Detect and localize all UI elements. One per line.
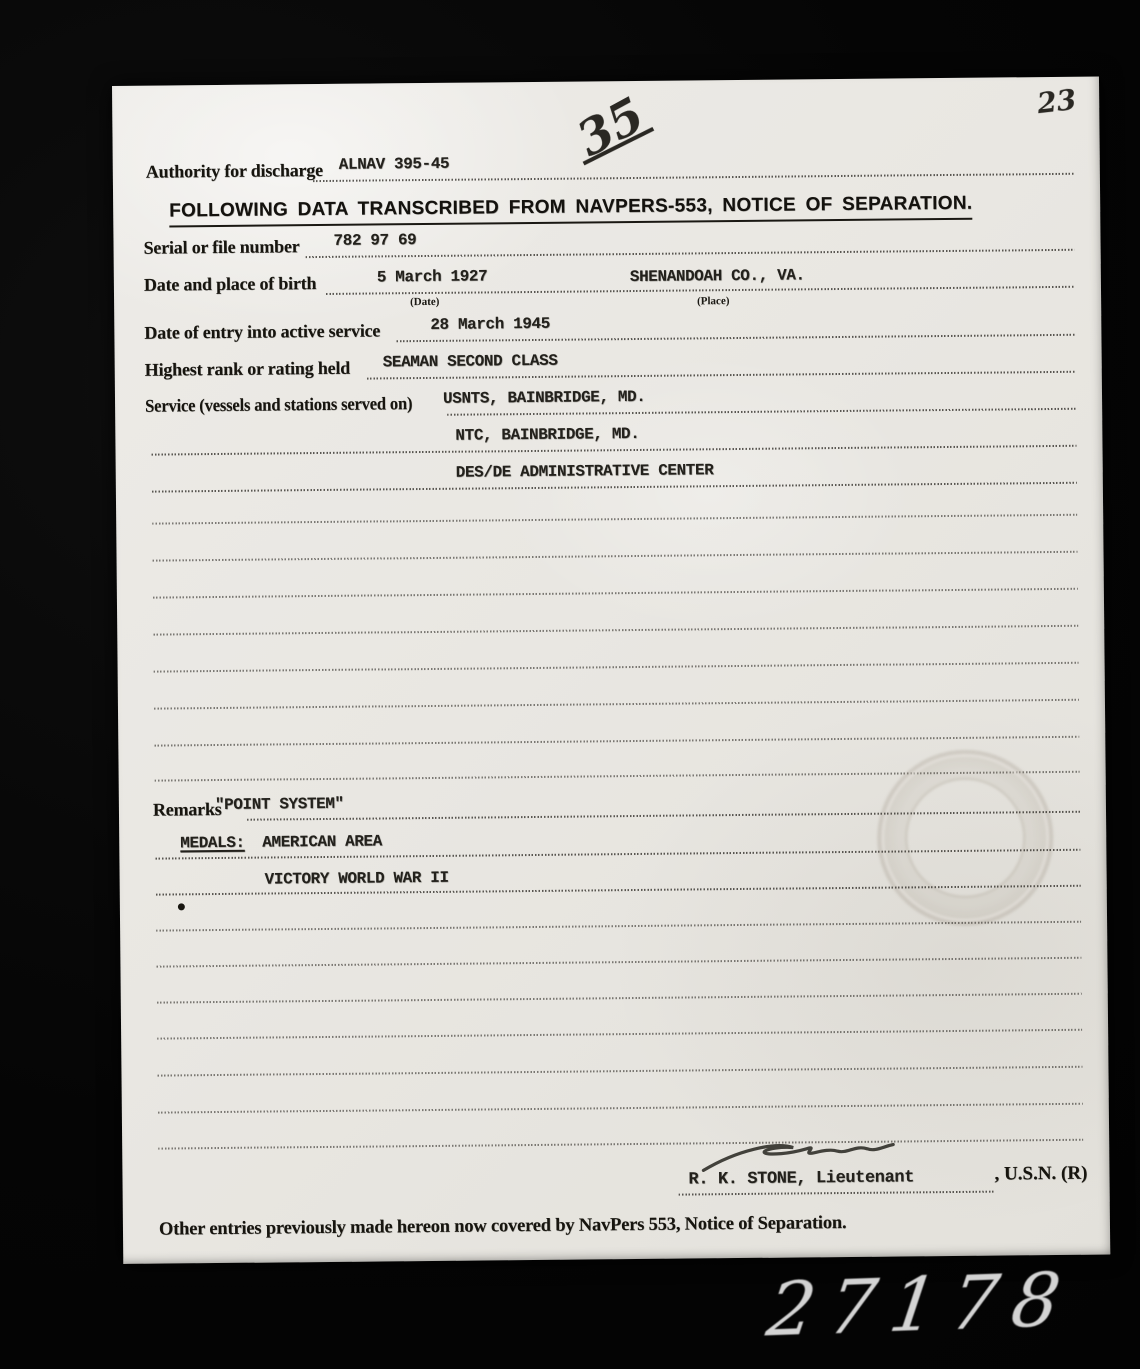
birth-place-value: SHENANDOAH CO., VA. bbox=[630, 266, 805, 286]
rank-label: Highest rank or rating held bbox=[145, 358, 350, 381]
birth-date-sublabel: (Date) bbox=[410, 296, 439, 308]
serial-label: Serial or file number bbox=[143, 236, 299, 258]
signature-suffix: , U.S.N. (R) bbox=[994, 1163, 1087, 1186]
dotted-rule bbox=[157, 1066, 1082, 1077]
ink-dot bbox=[178, 903, 185, 910]
medals-value-2: VICTORY WORLD WAR II bbox=[265, 869, 449, 889]
dotted-rule bbox=[396, 334, 1075, 343]
dotted-rule bbox=[153, 551, 1078, 562]
birth-label: Date and place of birth bbox=[144, 273, 317, 296]
birth-date-value: 5 March 1927 bbox=[377, 267, 488, 286]
dotted-rule bbox=[679, 1191, 995, 1196]
service-label: Service (vessels and stations served on) bbox=[145, 393, 412, 417]
signature-name: R. K. STONE, Lieutenant bbox=[688, 1168, 914, 1189]
handwritten-page-number: 23 bbox=[1035, 83, 1077, 120]
document-sheet: 35 23 Authority for discharge ALNAV 395-… bbox=[112, 77, 1110, 1264]
dotted-rule bbox=[313, 173, 1074, 182]
dotted-rule bbox=[152, 482, 1077, 493]
dotted-rule bbox=[157, 993, 1082, 1004]
embossed-seal bbox=[876, 749, 1054, 927]
handwritten-number-top-text: 35 bbox=[568, 87, 653, 168]
handwritten-number-top: 35 bbox=[568, 82, 660, 163]
authority-value: ALNAV 395-45 bbox=[339, 155, 450, 174]
footer-note: Other entries previously made hereon now… bbox=[159, 1213, 847, 1241]
film-scan-background: 35 23 Authority for discharge ALNAV 395-… bbox=[0, 0, 1140, 1369]
authority-label: Authority for discharge bbox=[146, 160, 323, 183]
dotted-rule bbox=[157, 1029, 1082, 1040]
dotted-rule bbox=[306, 249, 1075, 258]
service-value-3: DES/DE ADMINISTRATIVE CENTER bbox=[456, 461, 714, 481]
dotted-rule bbox=[152, 514, 1077, 525]
entry-label: Date of entry into active service bbox=[144, 320, 380, 343]
dotted-rule bbox=[156, 921, 1081, 932]
dotted-rule bbox=[153, 625, 1078, 636]
medals-label: MEDALS: bbox=[180, 834, 245, 853]
service-value-2: NTC, BAINBRIDGE, MD. bbox=[455, 425, 639, 445]
handwritten-film-number: 27178 bbox=[762, 1256, 1079, 1353]
dotted-rule bbox=[156, 957, 1081, 968]
dotted-rule bbox=[158, 1103, 1083, 1114]
dotted-rule bbox=[367, 371, 1076, 380]
dotted-rule bbox=[158, 1139, 1083, 1150]
dotted-rule bbox=[154, 699, 1079, 710]
serial-value: 782 97 69 bbox=[333, 231, 416, 250]
dotted-rule bbox=[447, 408, 1076, 416]
dotted-rule bbox=[326, 286, 1075, 295]
medals-value-1: AMERICAN AREA bbox=[262, 832, 382, 851]
dotted-rule bbox=[152, 445, 1077, 456]
dotted-rule bbox=[154, 662, 1079, 673]
rank-value: SEAMAN SECOND CLASS bbox=[383, 352, 558, 372]
service-value-1: USNTS, BAINBRIDGE, MD. bbox=[443, 388, 646, 408]
dotted-rule bbox=[153, 588, 1078, 599]
remarks-value: "POINT SYSTEM" bbox=[215, 795, 344, 814]
birth-place-sublabel: (Place) bbox=[697, 295, 729, 307]
section-heading: FOLLOWING DATA TRANSCRIBED FROM NAVPERS-… bbox=[169, 193, 972, 228]
dotted-rule bbox=[154, 736, 1079, 747]
remarks-label: Remarks bbox=[153, 799, 222, 821]
entry-value: 28 March 1945 bbox=[430, 315, 550, 334]
